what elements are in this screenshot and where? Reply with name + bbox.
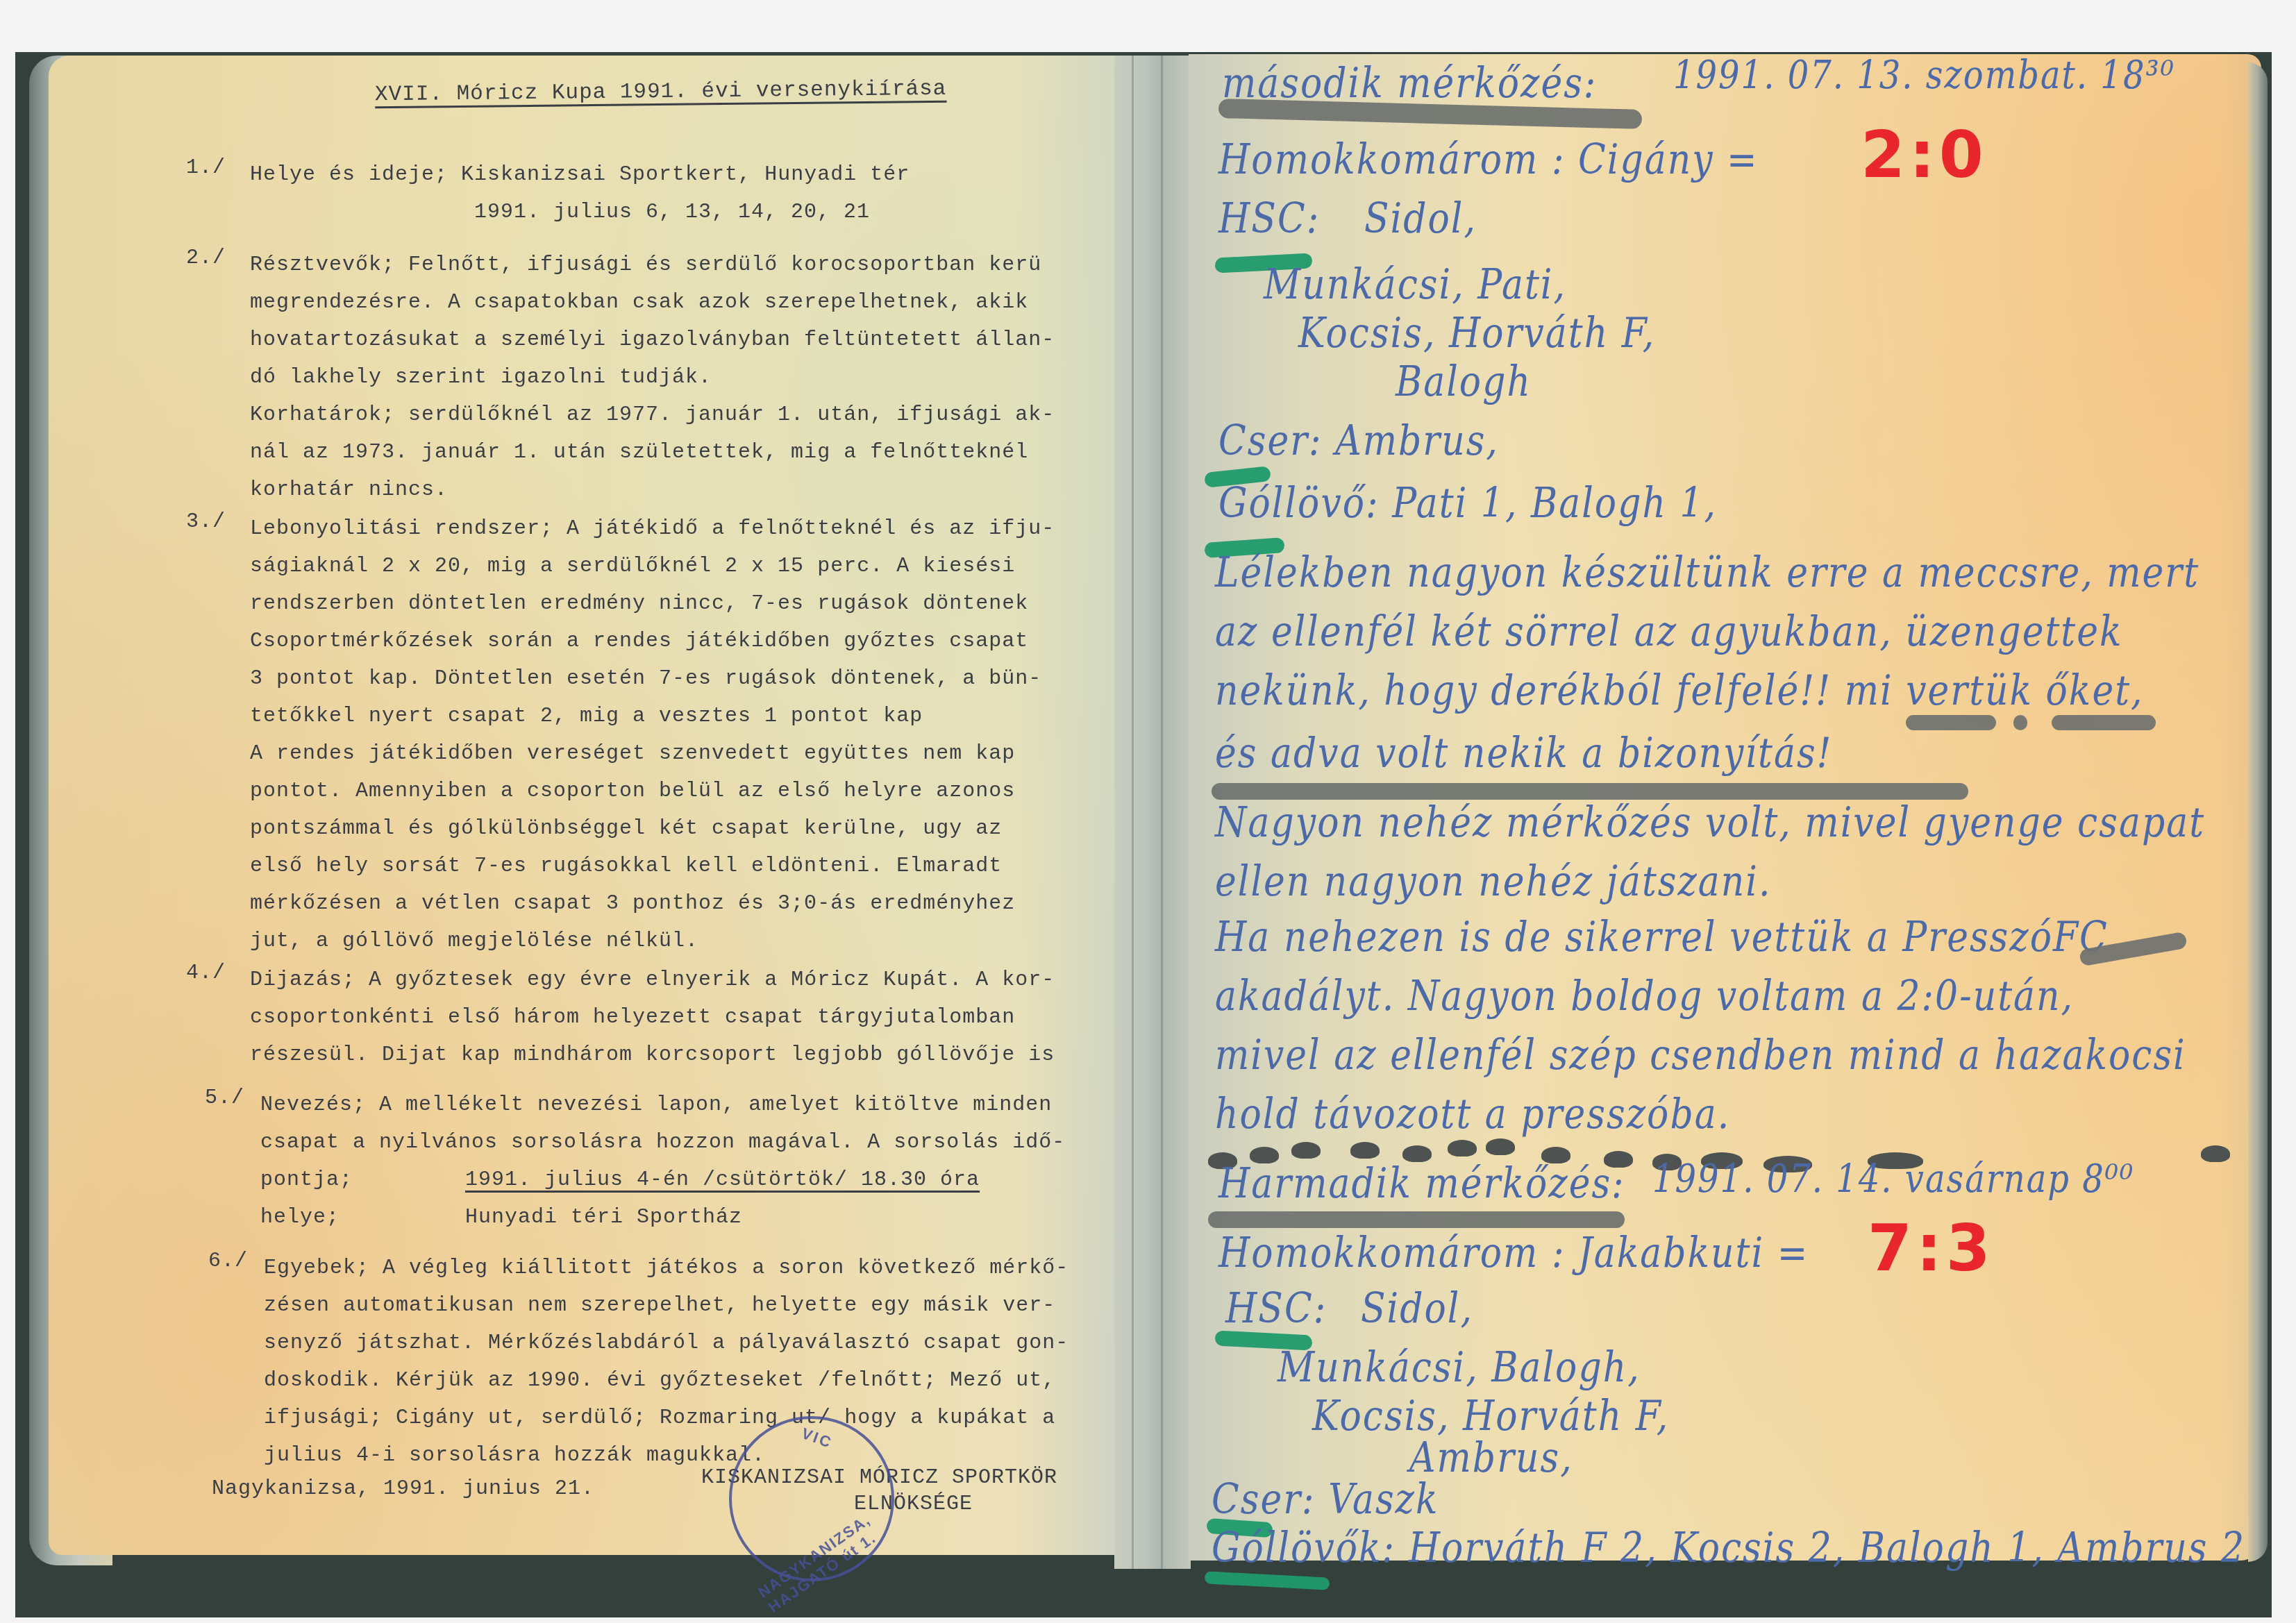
section-heading: Dijazás;	[250, 968, 355, 992]
match3-lineup-label: HSC:	[1225, 1285, 1327, 1333]
section-text: tetőkkel nyert csapat 2, mig a vesztes 1…	[186, 698, 1130, 735]
section-text: első hely sorsát 7-es rugásokkal kell el…	[186, 848, 1130, 885]
narrative-line: az ellenfél két sörrel az agyukban, üzen…	[1215, 608, 2122, 656]
narrative-line: Ha nehezen is de sikerrel vettük a Press…	[1215, 914, 2109, 961]
narrative-line: ellen nagyon nehéz játszani.	[1215, 858, 1772, 906]
section-text: csoportonkénti első három helyezett csap…	[186, 999, 1130, 1036]
gray-marker-underline	[1208, 1211, 1625, 1228]
match3-scorers: Góllövők: Horváth F 2, Kocsis 2, Balogh …	[1212, 1524, 2245, 1572]
section-heading: Egyebek;	[264, 1256, 369, 1280]
match2-substitute: Cser: Ambrus,	[1218, 417, 1499, 465]
match2-date: 1991. 07. 13. szombat. 18³⁰	[1673, 53, 2175, 98]
match3-lineup-player: Munkácsi, Balogh,	[1277, 1344, 1641, 1392]
narrative-line: akadályt. Nagyon boldog voltam a 2:0-utá…	[1215, 973, 2074, 1020]
narrative-line: és adva volt nekik a bizonyítás!	[1215, 730, 1833, 777]
section-text: korhatár nincs.	[186, 471, 1130, 509]
section-text: A mellékelt nevezési lapon, amelyet kitö…	[379, 1093, 1052, 1117]
section-text: A végleg kiállitott játékos a soron köve…	[383, 1256, 1069, 1280]
match3-lineup-player: Kocsis, Horváth F,	[1312, 1393, 1669, 1440]
section-text: A győztesek egy évre elnyerik a Móricz K…	[369, 968, 1055, 992]
section-text: pontot. Amennyiben a csoporton belül az …	[186, 773, 1130, 810]
section-registration: 5./ Nevezés; A mellékelt nevezési lapon,…	[205, 1086, 1149, 1236]
narrative-line: Lélekben nagyon készültünk erre a meccsr…	[1215, 549, 2199, 597]
narrative-line: nekünk, hogy derékból felfelé!! mi vertü…	[1215, 667, 2144, 715]
section-text: ifjusági; Cigány ut, serdülő; Rozmaring …	[208, 1399, 1153, 1437]
gray-marker-underline	[2052, 715, 2156, 730]
match2-lineup-player: Munkácsi, Pati,	[1264, 261, 1566, 309]
gray-marker-underline	[1212, 783, 1968, 800]
section-text: senyző játszhat. Mérkőzéslabdáról a pály…	[208, 1325, 1153, 1362]
match2-lineup-player: Kocsis, Horváth F,	[1298, 310, 1655, 358]
section-tournament-system: 3./ Lebonyolitási rendszer; A játékidő a…	[186, 510, 1130, 960]
place-date: Nagykanizsa, 1991. junius 21.	[212, 1477, 594, 1501]
match2-teams: Homokkomárom : Cigány =	[1218, 136, 1759, 184]
section-text: 3 pontot kap. Döntetlen esetén 7-es rugá…	[186, 660, 1130, 698]
section-text: A rendes játékidőben vereséget szenvedet…	[186, 735, 1130, 773]
section-text: Korhatárok; serdülőknél az 1977. január …	[186, 396, 1130, 434]
section-other: 6./ Egyebek; A végleg kiállitott játékos…	[208, 1250, 1153, 1474]
section-text: zésen automatikusan nem szerepelhet, hel…	[208, 1287, 1153, 1325]
narrative-line: Nagyon nehéz mérkőzés volt, mivel gyenge…	[1215, 799, 2205, 847]
section-prizes: 4./ Dijazás; A győztesek egy évre elnyer…	[186, 961, 1130, 1074]
section-text: A játékidő a felnőtteknél és az ifju-	[567, 517, 1055, 541]
gray-marker-dot	[2013, 715, 2027, 730]
section-text: Kiskanizsai Sportkert, Hunyadi tér	[461, 163, 910, 187]
narrative-line: hold távozott a presszóba.	[1215, 1091, 1730, 1138]
section-text: nál az 1973. január 1. után születettek,…	[186, 434, 1130, 471]
match2-lineup-player: Sidol,	[1364, 195, 1477, 243]
match2-scorers: Góllövő: Pati 1, Balogh 1,	[1218, 480, 1717, 528]
match3-heading: Harmadik mérkőzés:	[1218, 1160, 1625, 1208]
stamp-top-text: VIC	[799, 1424, 835, 1452]
gray-marker-dot	[1448, 1140, 1477, 1157]
section-text: mérkőzésen a vétlen csapat 3 ponthoz és …	[186, 885, 1130, 923]
draw-time-label: pontja;	[260, 1168, 353, 1192]
match3-lineup-player: Sidol,	[1361, 1285, 1473, 1333]
section-text: 1991. julius 6, 13, 14, 20, 21	[186, 194, 1130, 231]
match2-lineup-player: Balogh	[1396, 358, 1532, 406]
right-page-stack-edge	[2248, 62, 2268, 1562]
gray-marker-underline	[1906, 715, 1996, 730]
section-location-time: 1./ Helye és ideje; Kiskanizsai Sportker…	[186, 156, 1130, 231]
section-text: hovatartozásukat a személyi igazolványba…	[186, 321, 1130, 359]
section-text: doskodik. Kérjük az 1990. évi győzteseke…	[208, 1362, 1153, 1399]
section-text: ságiaknál 2 x 20, mig a serdülőknél 2 x …	[186, 548, 1130, 585]
gutter-fold-line	[1161, 56, 1163, 1569]
section-text: jut, a góllövő megjelölése nélkül.	[186, 923, 1130, 960]
match3-lineup-player: Ambrus,	[1409, 1434, 1573, 1482]
gray-marker-dot	[1350, 1142, 1380, 1159]
section-participants: 2./ Résztvevők; Felnőtt, ifjusági és ser…	[186, 246, 1130, 509]
section-text: Felnőtt, ifjusági és serdülő korocsoport…	[408, 253, 1041, 277]
match3-score: 7:3	[1868, 1211, 1995, 1286]
section-text: rendszerben döntetlen eredmény nincc, 7-…	[186, 585, 1130, 623]
draw-place-label: helye;	[260, 1206, 340, 1229]
gray-marker-dot	[1486, 1138, 1515, 1155]
section-heading: Lebonyolitási rendszer;	[250, 517, 553, 541]
gray-marker-dot	[1291, 1142, 1321, 1159]
section-heading: Résztvevők;	[250, 253, 395, 277]
narrative-line: mivel az ellenfél szép csendben mind a h…	[1215, 1032, 2186, 1079]
section-text: Csoportmérkőzések során a rendes játékid…	[186, 623, 1130, 660]
gray-marker-dot	[2201, 1145, 2230, 1162]
section-text: csapat a nyilvános sorsolásra hozzon mag…	[205, 1124, 1149, 1161]
draw-place-value: Hunyadi téri Sportház	[465, 1199, 742, 1236]
draw-time-value: 1991. julius 4-én /csütörtök/ 18.30 óra	[465, 1161, 980, 1199]
official-stamp: VIC NAGYKANIZSA, HAJGATÓ út 1.	[729, 1416, 894, 1581]
section-heading: Helye és ideje;	[250, 163, 448, 187]
match3-teams: Homokkomárom : Jakabkuti =	[1218, 1229, 1809, 1277]
match3-substitute: Cser: Vaszk	[1212, 1476, 1439, 1524]
match3-date: 1991. 07. 14. vasárnap 8⁰⁰	[1652, 1157, 2134, 1202]
match2-score: 2:0	[1861, 118, 1988, 192]
section-text: pontszámmal és gólkülönbséggel két csapa…	[186, 810, 1130, 848]
section-text: dó lakhely szerint igazolni tudják.	[186, 359, 1130, 396]
match2-lineup-label: HSC:	[1218, 195, 1320, 243]
section-text: megrendezésre. A csapatokban csak azok s…	[186, 284, 1130, 321]
section-text: részesül. Dijat kap mindhárom korcsoport…	[186, 1036, 1130, 1074]
section-heading: Nevezés;	[260, 1093, 366, 1117]
